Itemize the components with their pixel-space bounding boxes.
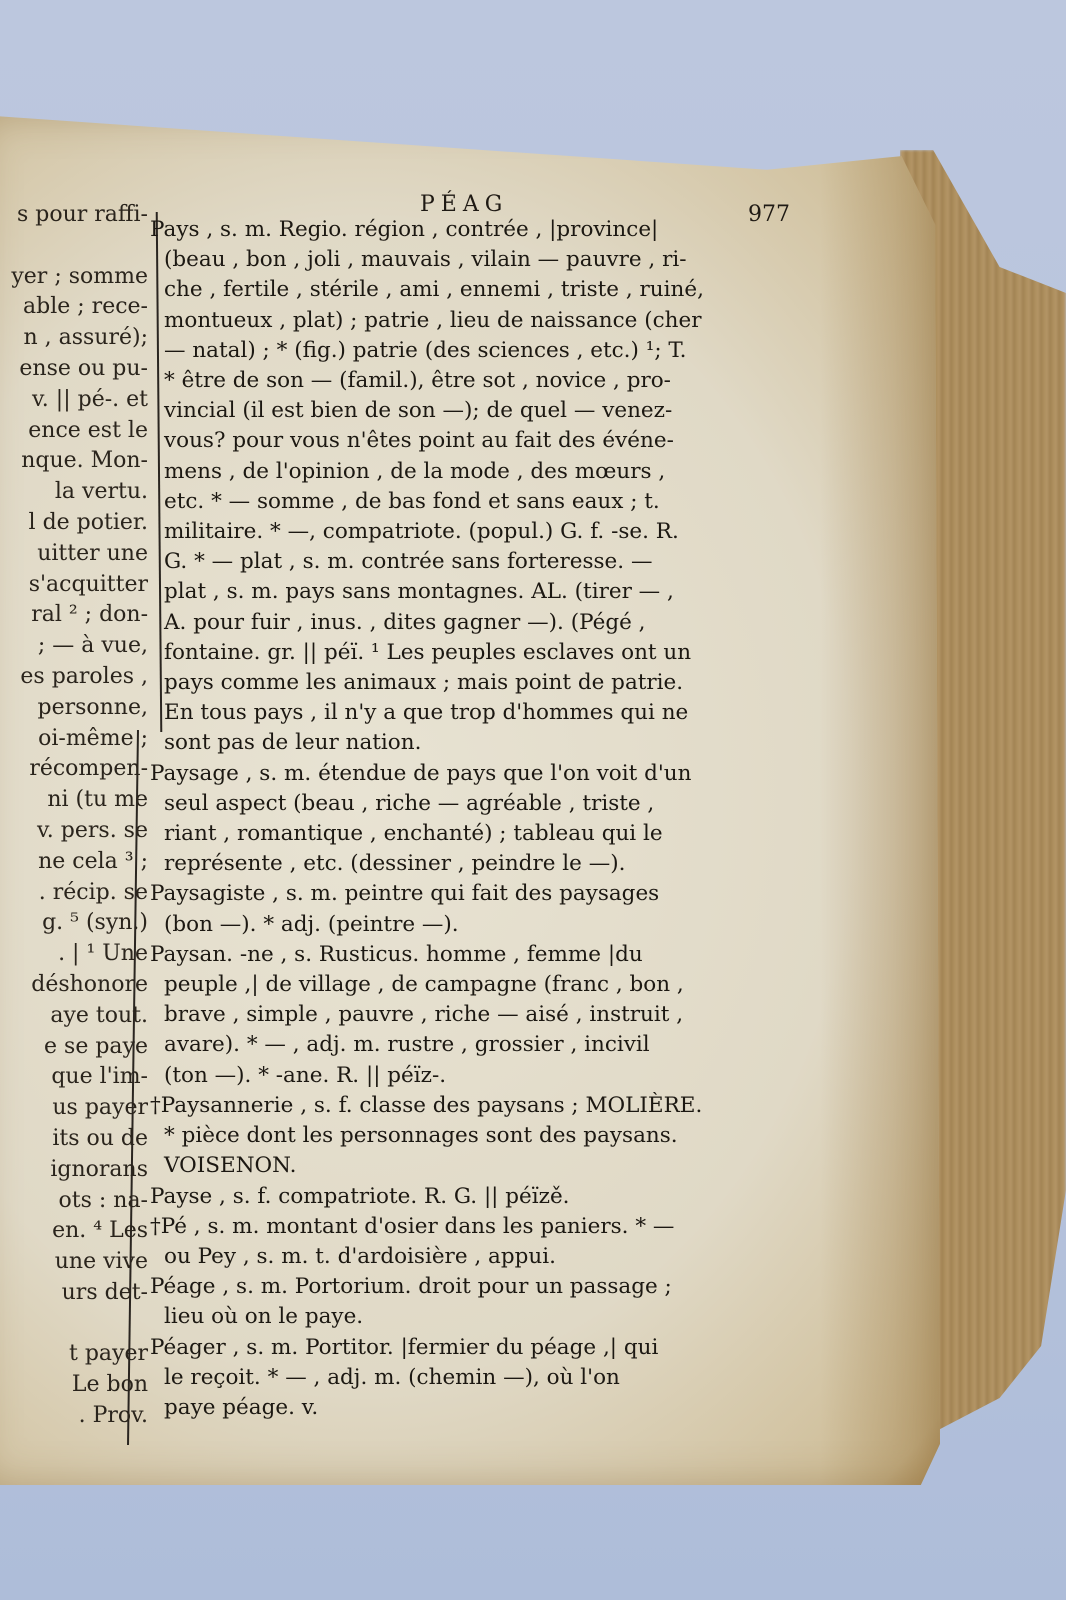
entry-line: * être de son — (famil.), être sot , nov… [150,366,810,396]
left-column-line: us payer [0,1093,148,1124]
left-column-line: ; — à vue, [0,631,148,662]
entry-headword-line: Paysagiste , s. m. peintre qui fait des … [150,879,810,909]
entry-line: (bon —). * adj. (peintre —). [150,910,810,940]
entry-line: G. * — plat , s. m. contrée sans fortere… [150,547,810,577]
left-column-line [0,231,148,262]
entry-line: riant , romantique , enchanté) ; tableau… [150,819,810,849]
left-column-line: s pour raffi- [0,200,148,231]
entry-headword-line: †Paysannerie , s. f. classe des paysans … [150,1091,810,1121]
entry-line: fontaine. gr. || péï. ¹ Les peuples escl… [150,638,810,668]
entry-line: che , fertile , stérile , ami , ennemi ,… [150,275,810,305]
left-column-line: ence est le [0,416,148,447]
entry-line: paye péage. v. [150,1393,810,1423]
left-column-line: récompen- [0,754,148,785]
entry-line: vincial (il est bien de son —); de quel … [150,396,810,426]
left-column-line: n , assuré); [0,323,148,354]
entry-line: etc. * — somme , de bas fond et sans eau… [150,487,810,517]
entry-line: plat , s. m. pays sans montagnes. AL. (t… [150,577,810,607]
right-column: Pays , s. m. Regio. région , contrée , |… [150,215,810,1423]
left-column-line: . | ¹ Une [0,939,148,970]
left-column-line: its ou de [0,1124,148,1155]
dictionary-entry-péager: Péager , s. m. Portitor. |fermier du péa… [150,1333,810,1424]
running-head: PÉAG [420,192,508,217]
entry-line: le reçoit. * — , adj. m. (chemin —), où … [150,1363,810,1393]
entry-headword-line: Payse , s. f. compatriote. R. G. || péïz… [150,1182,810,1212]
left-column-line: urs det- [0,1278,148,1309]
entry-line: lieu où on le paye. [150,1302,810,1332]
dictionary-entry-payse: Payse , s. f. compatriote. R. G. || péïz… [150,1182,810,1212]
left-column-line: able ; rece- [0,292,148,323]
left-column-line: nque. Mon- [0,446,148,477]
entry-headword-line: Paysan. -ne , s. Rusticus. homme , femme… [150,940,810,970]
entry-line: (ton —). * -ane. R. || péïz-. [150,1061,810,1091]
left-column-line: g. ⁵ (syn.) [0,908,148,939]
left-column-line: ots : na- [0,1186,148,1217]
left-column-line: l de potier. [0,508,148,539]
left-column-line: yer ; somme [0,262,148,293]
dictionary-entry-paysage: Paysage , s. m. étendue de pays que l'on… [150,759,810,880]
left-column-line: déshonore [0,970,148,1001]
dictionary-entry-paysan: Paysan. -ne , s. Rusticus. homme , femme… [150,940,810,1091]
left-column-line: Le bon [0,1370,148,1401]
left-column-line: s'acquitter [0,570,148,601]
left-column-line: en. ⁴ Les [0,1216,148,1247]
left-column-line: ral ² ; don- [0,600,148,631]
left-column-line: es paroles , [0,662,148,693]
entry-headword-line: Péage , s. m. Portorium. droit pour un p… [150,1272,810,1302]
left-column-line: uitter une [0,539,148,570]
left-column-line: personne, [0,693,148,724]
entry-line: En tous pays , il n'y a que trop d'homme… [150,698,810,728]
entry-line: sont pas de leur nation. [150,728,810,758]
dictionary-entry-paysannerie: †Paysannerie , s. f. classe des paysans … [150,1091,810,1182]
left-column-line: v. || pé-. et [0,385,148,416]
entry-line: militaire. * —, compatriote. (popul.) G.… [150,517,810,547]
left-column-line: ne cela ³ ; [0,847,148,878]
left-column-line: v. pers. se [0,816,148,847]
entry-line: (beau , bon , joli , mauvais , vilain — … [150,245,810,275]
dictionary-entry-péage: Péage , s. m. Portorium. droit pour un p… [150,1272,810,1332]
dictionary-entry-paysagiste: Paysagiste , s. m. peintre qui fait des … [150,879,810,939]
entry-headword-line: Paysage , s. m. étendue de pays que l'on… [150,759,810,789]
entry-line: avare). * — , adj. m. rustre , grossier … [150,1030,810,1060]
left-column-line: la vertu. [0,477,148,508]
entry-headword-line: Péager , s. m. Portitor. |fermier du péa… [150,1333,810,1363]
entry-line: VOISENON. [150,1151,810,1181]
dictionary-entry-pé: †Pé , s. m. montant d'osier dans les pan… [150,1212,810,1272]
left-column-line: ni (tu me [0,785,148,816]
left-column-line: que l'im- [0,1062,148,1093]
dictionary-entry-pays: Pays , s. m. Regio. région , contrée , |… [150,215,810,759]
entry-line: — natal) ; * (fig.) patrie (des sciences… [150,336,810,366]
entry-line: peuple ,| de village , de campagne (fran… [150,970,810,1000]
entry-line: brave , simple , pauvre , riche — aisé ,… [150,1000,810,1030]
entry-line: mens , de l'opinion , de la mode , des m… [150,457,810,487]
left-column-line: ense ou pu- [0,354,148,385]
entry-line: A. pour fuir , inus. , dites gagner —). … [150,608,810,638]
entry-headword-line: Pays , s. m. Regio. région , contrée , |… [150,215,810,245]
entry-line: * pièce dont les personnages sont des pa… [150,1121,810,1151]
entry-headword-line: †Pé , s. m. montant d'osier dans les pan… [150,1212,810,1242]
left-column-line: . Prov. [0,1401,148,1432]
left-column-line: ignorans [0,1155,148,1186]
left-column-line: une vive [0,1247,148,1278]
left-column-line: . récip. se [0,878,148,909]
entry-line: pays comme les animaux ; mais point de p… [150,668,810,698]
entry-line: représente , etc. (dessiner , peindre le… [150,849,810,879]
left-column-line: aye tout. [0,1001,148,1032]
left-column-line [0,1309,148,1340]
entry-line: ou Pey , s. m. t. d'ardoisière , appui. [150,1242,810,1272]
left-column-line: oi-même ; [0,724,148,755]
left-column-fragment: s pour raffi-yer ; sommeable ; rece-n , … [0,200,148,1432]
left-column-line: e se paye [0,1032,148,1063]
left-column-line: t payer [0,1339,148,1370]
entry-line: vous? pour vous n'êtes point au fait des… [150,426,810,456]
entry-line: seul aspect (beau , riche — agréable , t… [150,789,810,819]
entry-line: montueux , plat) ; patrie , lieu de nais… [150,306,810,336]
